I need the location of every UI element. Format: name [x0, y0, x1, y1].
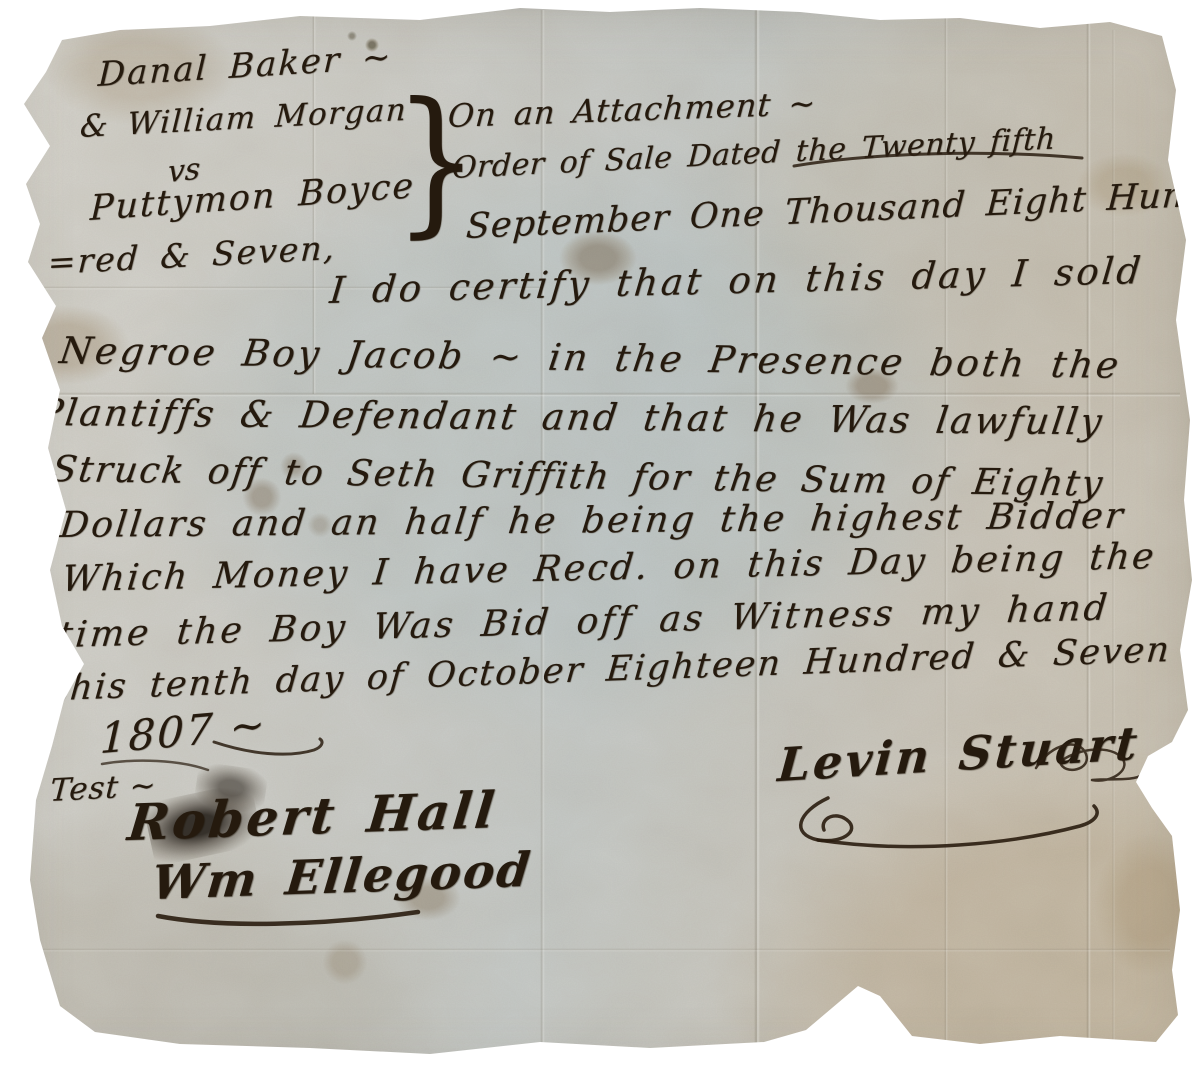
caption-defendant: Puttymon Boyce: [89, 169, 415, 227]
signature-levin-stuart: Levin Stuart: [776, 720, 1141, 788]
body-year: 1807 ~: [99, 703, 267, 760]
body-line-2: Negroe Boy Jacob ~ in the Presence both …: [57, 332, 1123, 384]
scan-background: Danal Baker ~ & William Morgan vs Puttym…: [0, 0, 1200, 1081]
heading-line-2: Order of Sale Dated the Twenty fifth: [451, 124, 1056, 184]
witness-signature-robert-hall: Robert Hall: [125, 785, 499, 848]
crease-horizontal: [40, 948, 1170, 952]
body-line-6: Which Money I have Recd. on this Day bei…: [60, 539, 1158, 598]
caption-carryover-line: =red & Seven,: [47, 231, 337, 279]
caption-plaintiff-2: & William Morgan: [79, 95, 408, 143]
body-line-3: Plantiffs & Defendant and that he Was la…: [36, 394, 1107, 440]
heading-line-3: September One Thousand Eight Hund=: [465, 176, 1200, 245]
document-paper: Danal Baker ~ & William Morgan vs Puttym…: [0, 0, 1200, 1081]
body-line-1: I do certify that on this day I sold: [328, 252, 1145, 309]
body-line-4: Struck off to Seth Griffith for the Sum …: [50, 452, 1107, 503]
witness-signature-wm-ellegood: Wm Ellegood: [150, 847, 534, 907]
body-line-5: Dollars and an half he being the highest…: [58, 499, 1127, 544]
caption-plaintiff-1: Danal Baker ~: [97, 40, 393, 92]
heading-line-1: On an Attachment ~: [447, 87, 818, 132]
signature-underline-flourish: [782, 790, 1112, 850]
